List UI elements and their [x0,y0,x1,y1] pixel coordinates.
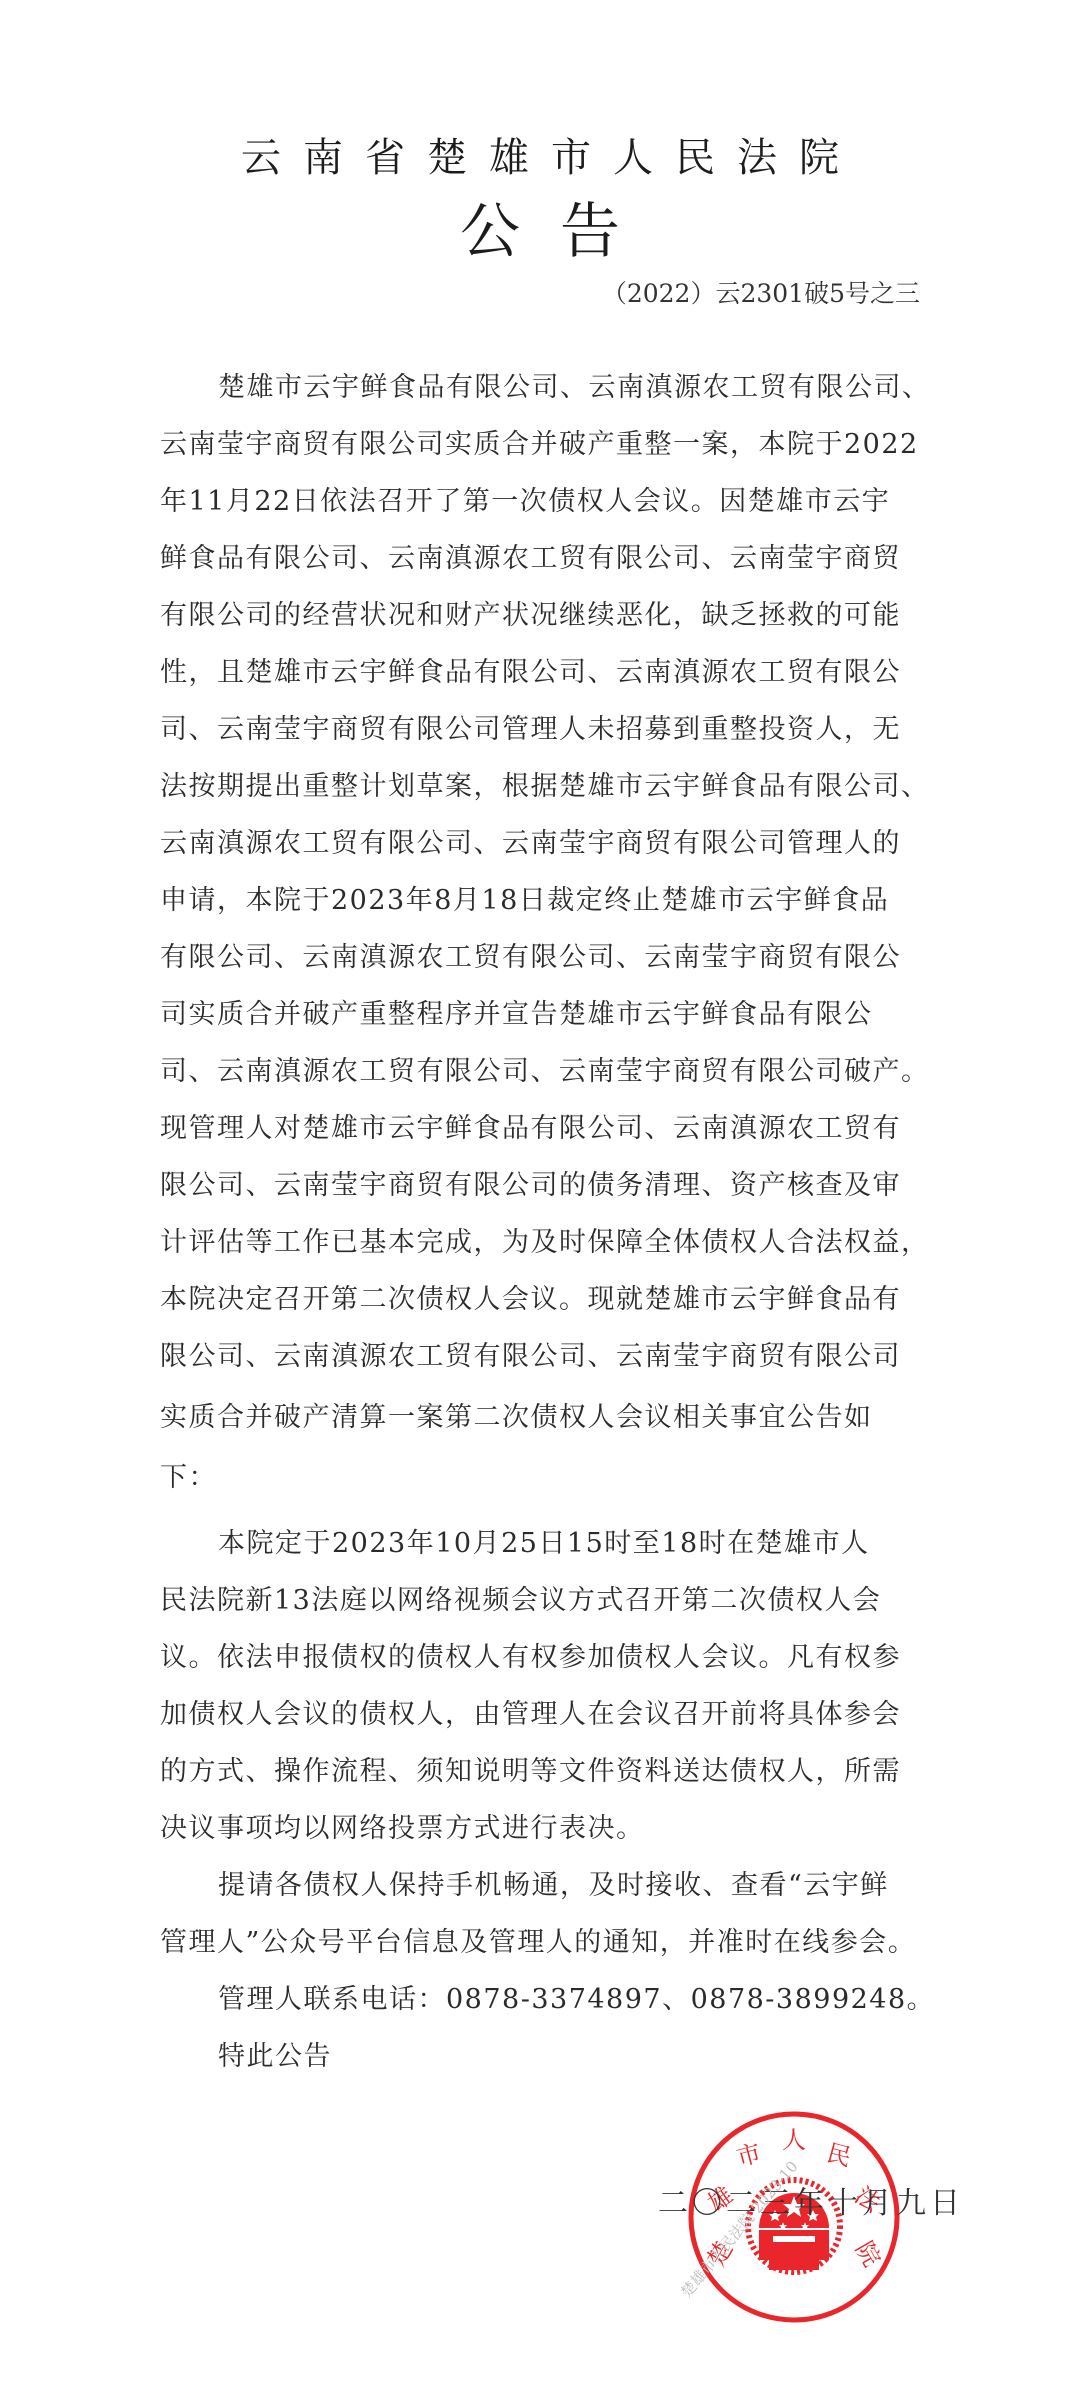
svg-text:院: 院 [850,2237,886,2272]
document-type: 公告 [0,192,1080,272]
svg-text:民: 民 [824,2139,854,2172]
body-line: 计评估等工作已基本完成，为及时保障全体债权人合法权益， [160,1223,930,1263]
body-line: 提请各债权人保持手机畅通，及时接收、查看“云宇鲜 [218,1866,889,1906]
body-line: 决议事项均以网络投票方式进行表决。 [160,1809,645,1849]
body-line: 有限公司、云南滇源农工贸有限公司、云南莹宇商贸有限公 [160,938,901,978]
body-line: 性，且楚雄市云宇鲜食品有限公司、云南滇源农工贸有限公 [160,653,901,693]
body-line: 年11月22日依法召开了第一次债权人会议。因楚雄市云宇 [160,482,890,522]
body-line: 管理人”公众号平台信息及管理人的通知，并准时在线参会。 [160,1923,916,1963]
body-line: 的方式、操作流程、须知说明等文件资料送达债权人，所需 [160,1752,901,1792]
body-line: 实质合并破产清算一案第二次债权人会议相关事宜公告如 [160,1398,873,1438]
body-line: 司实质合并破产重整程序并宣告楚雄市云宇鲜食品有限公 [160,995,873,1035]
body-line: 申请，本院于2023年8月18日裁定终止楚雄市云宇鲜食品 [160,881,889,921]
body-line: 鲜食品有限公司、云南滇源农工贸有限公司、云南莹宇商贸 [160,539,901,579]
body-line: 加债权人会议的债权人，由管理人在会议召开前将具体参会 [160,1695,901,1735]
body-line: 下： [160,1458,217,1498]
body-line: 现管理人对楚雄市云宇鲜食品有限公司、云南滇源农工贸有 [160,1109,901,1149]
body-line: 楚雄市云宇鲜食品有限公司、云南滇源农工贸有限公司、 [218,368,931,408]
body-line: 本院决定召开第二次债权人会议。现就楚雄市云宇鲜食品有 [160,1280,901,1320]
svg-text:市: 市 [734,2139,764,2172]
body-line: 民法院新13法庭以网络视频会议方式召开第二次债权人会 [160,1581,881,1621]
court-name: 云南省楚雄市人民法院 [0,130,1080,186]
svg-text:人: 人 [782,2126,806,2154]
body-line: 云南滇源农工贸有限公司、云南莹宇商贸有限公司管理人的 [160,824,901,864]
body-line: 议。依法申报债权的债权人有权参加债权人会议。凡有权参 [160,1638,901,1678]
body-line: 本院定于2023年10月25日15时至18时在楚雄市人 [218,1524,870,1564]
body-line: 司、云南滇源农工贸有限公司、云南莹宇商贸有限公司破产。 [160,1052,930,1092]
body-line: 法按期提出重整计划草案，根据楚雄市云宇鲜食品有限公司、 [160,767,930,807]
body-line: 司、云南莹宇商贸有限公司管理人未招募到重整投资人，无 [160,710,901,750]
body-line: 限公司、云南滇源农工贸有限公司、云南莹宇商贸有限公司 [160,1337,901,1377]
body-line: 有限公司的经营状况和财产状况继续恶化，缺乏拯救的可能 [160,596,901,636]
case-number: （2022）云2301破5号之三 [602,276,920,312]
issue-date: 二〇二三年十月九日 [658,2184,964,2224]
contact-phone-line: 管理人联系电话：0878-3374897、0878-3899248。 [218,1980,935,2020]
body-line: 限公司、云南莹宇商贸有限公司的债务清理、资产核查及审 [160,1166,901,1206]
closing-line: 特此公告 [218,2037,332,2077]
body-line: 云南莹宇商贸有限公司实质合并破产重整一案，本院于2022 [160,425,919,465]
